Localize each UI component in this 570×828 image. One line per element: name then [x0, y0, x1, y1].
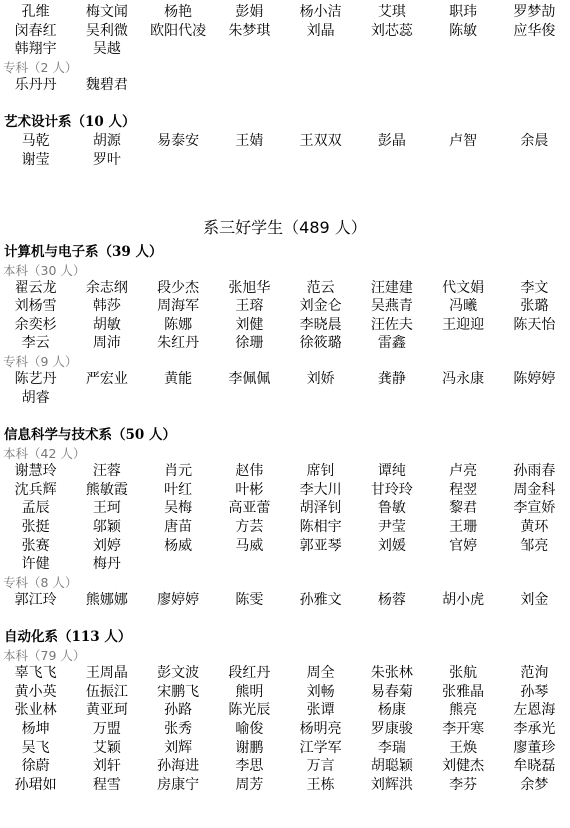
student-name: 熊亮 [428, 701, 499, 720]
student-name: 李开寒 [428, 720, 499, 739]
student-name: 徐筱璐 [285, 334, 356, 353]
student-name: 彭晶 [356, 132, 427, 151]
student-name: 方芸 [214, 518, 285, 537]
name-row: 孔维梅文闻杨艳彭娟杨小洁艾琪职玮罗梦劼 [0, 3, 570, 22]
student-name: 张旭华 [214, 279, 285, 298]
student-name: 陈雯 [214, 591, 285, 610]
student-name: 易春菊 [356, 683, 427, 702]
student-name: 李承光 [499, 720, 570, 739]
student-name: 刘金 [499, 591, 570, 610]
student-name: 李芬 [428, 776, 499, 795]
name-row: 孙珺如程雪房康宁周芳王栋刘辉洪李芬余梦 [0, 776, 570, 795]
name-row: 郭江玲熊娜娜廖婷婷陈雯孙雅文杨蓉胡小虎刘金 [0, 591, 570, 610]
student-name: 李瑞 [356, 739, 427, 758]
student-name: 马威 [214, 537, 285, 556]
student-name: 彭文波 [143, 664, 214, 683]
student-name: 韩莎 [71, 297, 142, 316]
student-name: 李佩佩 [214, 370, 285, 389]
group-label: 专科（9 人） [0, 353, 570, 370]
name-row: 辜飞飞王周晶彭文波段红丹周全朱张林张航范洵 [0, 664, 570, 683]
student-name: 黄环 [499, 518, 570, 537]
student-name: 刘晶 [285, 22, 356, 41]
student-name: 高亚蕾 [214, 499, 285, 518]
name-row: 吴飞艾颖刘辉谢鹏江学军李瑞王焕廖董珍 [0, 739, 570, 758]
student-name: 胡源 [71, 132, 142, 151]
student-name: 应华俊 [499, 22, 570, 41]
student-name: 张业林 [0, 701, 71, 720]
department-heading-art: 艺术设计系（10 人） [0, 112, 570, 132]
student-name: 万言 [285, 757, 356, 776]
student-name: 王瑢 [214, 297, 285, 316]
student-name: 万盟 [71, 720, 142, 739]
student-name: 段少杰 [143, 279, 214, 298]
art-dept-names: 马乾胡源易泰安王婧王双双彭晶卢智余晨谢莹罗叶 [0, 132, 570, 169]
student-name: 陈娜 [143, 316, 214, 335]
continued-section: 孔维梅文闻杨艳彭娟杨小洁艾琪职玮罗梦劼闵春红吴利微欧阳代凌朱梦琪刘晶刘芯蕊陈敏应… [0, 0, 570, 94]
student-name: 张谭 [285, 701, 356, 720]
student-name: 段红丹 [214, 664, 285, 683]
student-name: 孔维 [0, 3, 71, 22]
student-name: 汪建建 [356, 279, 427, 298]
student-name: 梅丹 [71, 555, 142, 574]
student-name: 李晓晨 [285, 316, 356, 335]
student-name: 王周晶 [71, 664, 142, 683]
student-name: 赵伟 [214, 462, 285, 481]
student-name: 范洵 [499, 664, 570, 683]
student-name: 肖元 [143, 462, 214, 481]
student-name: 黄小英 [0, 683, 71, 702]
student-name: 官婷 [428, 537, 499, 556]
student-name: 郭亚琴 [285, 537, 356, 556]
student-name: 易泰安 [143, 132, 214, 151]
name-row: 杨坤万盟张秀喻俊杨明亮罗康骏李开寒李承光 [0, 720, 570, 739]
name-row: 沈兵辉熊敏霞叶红叶彬李大川甘玲玲程翌周金科 [0, 481, 570, 500]
name-row: 许健梅丹 [0, 555, 570, 574]
student-name: 杨艳 [143, 3, 214, 22]
student-name: 陈光辰 [214, 701, 285, 720]
name-row: 张业林黄亚珂孙路陈光辰张谭杨康熊亮左恩海 [0, 701, 570, 720]
name-row: 张赛刘婷杨威马威郭亚琴刘媛官婷邹亮 [0, 537, 570, 556]
student-name: 王婧 [214, 132, 285, 151]
student-name: 孙海进 [143, 757, 214, 776]
student-name: 艾琪 [356, 3, 427, 22]
student-name: 叶彬 [214, 481, 285, 500]
name-row: 乐丹丹魏碧君 [0, 76, 570, 95]
student-name: 卢亮 [428, 462, 499, 481]
student-name: 冯永康 [428, 370, 499, 389]
student-name: 黄亚珂 [71, 701, 142, 720]
student-name: 沈兵辉 [0, 481, 71, 500]
group-label: 本科（42 人） [0, 445, 570, 462]
student-name: 胡睿 [0, 389, 71, 408]
student-name: 廖婷婷 [143, 591, 214, 610]
student-name: 谢鹏 [214, 739, 285, 758]
name-row: 谢慧玲汪蓉肖元赵伟席钊谭纯卢亮孙雨春 [0, 462, 570, 481]
student-name: 陈艺丹 [0, 370, 71, 389]
name-row: 李云周沛朱红丹徐珊徐筱璐雷鑫 [0, 334, 570, 353]
student-name: 牟晓磊 [499, 757, 570, 776]
spacer [0, 170, 570, 214]
student-name: 周金科 [499, 481, 570, 500]
student-name: 陈天怡 [499, 316, 570, 335]
student-name: 王双双 [285, 132, 356, 151]
student-name: 周芳 [214, 776, 285, 795]
student-name: 张秀 [143, 720, 214, 739]
student-name: 周全 [285, 664, 356, 683]
student-name: 闵春红 [0, 22, 71, 41]
name-row: 刘杨雪韩莎周海军王瑢刘金仑吴燕青冯曦张璐 [0, 297, 570, 316]
student-name: 周沛 [71, 334, 142, 353]
student-name: 孙琴 [499, 683, 570, 702]
student-name: 胡泽钊 [285, 499, 356, 518]
student-name: 余梦 [499, 776, 570, 795]
student-name: 艾颖 [71, 739, 142, 758]
student-name: 黄能 [143, 370, 214, 389]
student-name: 乐丹丹 [0, 76, 71, 95]
student-name: 杨康 [356, 701, 427, 720]
student-name: 许健 [0, 555, 71, 574]
name-row: 陈艺丹严宏业黄能李佩佩刘娇龚静冯永康陈婷婷 [0, 370, 570, 389]
honor-roll-document: 孔维梅文闻杨艳彭娟杨小洁艾琪职玮罗梦劼闵春红吴利微欧阳代凌朱梦琪刘晶刘芯蕊陈敏应… [0, 0, 570, 794]
group-label: 专科（8 人） [0, 574, 570, 591]
student-name: 伍振江 [71, 683, 142, 702]
student-name: 江学军 [285, 739, 356, 758]
student-name: 韩翔宇 [0, 40, 71, 59]
student-name: 辜飞飞 [0, 664, 71, 683]
student-name: 胡聪颖 [356, 757, 427, 776]
student-name: 杨威 [143, 537, 214, 556]
name-row: 黄小英伍振江宋鹏飞熊明刘畅易春菊张雅晶孙琴 [0, 683, 570, 702]
departments: 计算机与电子系（39 人）本科（30 人）翟云龙余志纲段少杰张旭华范云汪建建代文… [0, 242, 570, 795]
student-name: 周海军 [143, 297, 214, 316]
student-name: 梅文闻 [71, 3, 142, 22]
student-name: 余晨 [499, 132, 570, 151]
name-row: 张挺邬颖唐苗方芸陈相宇尹莹王珊黄环 [0, 518, 570, 537]
student-name: 熊娜娜 [71, 591, 142, 610]
student-name: 孙珺如 [0, 776, 71, 795]
student-name: 汪佐夫 [356, 316, 427, 335]
student-name: 张挺 [0, 518, 71, 537]
student-name: 程翌 [428, 481, 499, 500]
student-name: 马乾 [0, 132, 71, 151]
name-row: 孟辰王珂吴梅高亚蕾胡泽钊鲁敏黎君李宣娇 [0, 499, 570, 518]
student-name: 王焕 [428, 739, 499, 758]
student-name: 雷鑫 [356, 334, 427, 353]
student-name: 熊明 [214, 683, 285, 702]
student-name: 廖董珍 [499, 739, 570, 758]
student-name: 王栋 [285, 776, 356, 795]
department-heading: 信息科学与技术系（50 人） [0, 425, 570, 445]
student-name: 刘娇 [285, 370, 356, 389]
student-name: 朱红丹 [143, 334, 214, 353]
name-row: 谢莹罗叶 [0, 151, 570, 170]
student-name: 席钊 [285, 462, 356, 481]
student-name: 杨明亮 [285, 720, 356, 739]
student-name: 刘健杰 [428, 757, 499, 776]
student-name: 吴利微 [71, 22, 142, 41]
student-name: 孙雨春 [499, 462, 570, 481]
student-name: 喻俊 [214, 720, 285, 739]
student-name: 翟云龙 [0, 279, 71, 298]
student-name: 胡敏 [71, 316, 142, 335]
student-name: 郭江玲 [0, 591, 71, 610]
student-name: 魏碧君 [71, 76, 142, 95]
student-name: 欧阳代凌 [143, 22, 214, 41]
student-name: 罗叶 [71, 151, 142, 170]
student-name: 甘玲玲 [356, 481, 427, 500]
department-heading: 计算机与电子系（39 人） [0, 242, 570, 262]
name-row: 胡睿 [0, 389, 570, 408]
student-name: 李文 [499, 279, 570, 298]
name-row: 闵春红吴利微欧阳代凌朱梦琪刘晶刘芯蕊陈敏应华俊 [0, 22, 570, 41]
name-row: 余奕杉胡敏陈娜刘健李晓晨汪佐夫王迎迎陈天怡 [0, 316, 570, 335]
student-name: 左恩海 [499, 701, 570, 720]
student-name: 代文娟 [428, 279, 499, 298]
student-name: 刘媛 [356, 537, 427, 556]
student-name: 罗梦劼 [499, 3, 570, 22]
student-name: 职玮 [428, 3, 499, 22]
student-name: 刘健 [214, 316, 285, 335]
student-name: 李宣娇 [499, 499, 570, 518]
spacer [0, 609, 570, 627]
student-name: 陈敏 [428, 22, 499, 41]
student-name: 吴越 [71, 40, 142, 59]
student-name: 孙雅文 [285, 591, 356, 610]
student-name: 房康宁 [143, 776, 214, 795]
name-row: 韩翔宇吴越 [0, 40, 570, 59]
student-name: 王迎迎 [428, 316, 499, 335]
name-row: 马乾胡源易泰安王婧王双双彭晶卢智余晨 [0, 132, 570, 151]
student-name: 尹莹 [356, 518, 427, 537]
student-name: 谢慧玲 [0, 462, 71, 481]
group-label: 本科（79 人） [0, 647, 570, 664]
student-name: 黎君 [428, 499, 499, 518]
student-name: 杨蓉 [356, 591, 427, 610]
student-name: 鲁敏 [356, 499, 427, 518]
student-name: 龚静 [356, 370, 427, 389]
student-name: 孟辰 [0, 499, 71, 518]
student-name: 张璐 [499, 297, 570, 316]
student-name: 严宏业 [71, 370, 142, 389]
student-name: 汪蓉 [71, 462, 142, 481]
student-name: 吴飞 [0, 739, 71, 758]
student-name: 朱张林 [356, 664, 427, 683]
student-name: 李大川 [285, 481, 356, 500]
student-name: 刘婷 [71, 537, 142, 556]
student-name: 余志纲 [71, 279, 142, 298]
student-name: 唐苗 [143, 518, 214, 537]
student-name: 彭娟 [214, 3, 285, 22]
student-name: 卢智 [428, 132, 499, 151]
main-title: 系三好学生（489 人） [0, 214, 570, 242]
student-name: 张航 [428, 664, 499, 683]
student-name: 徐蔚 [0, 757, 71, 776]
student-name: 邹亮 [499, 537, 570, 556]
student-name: 王珂 [71, 499, 142, 518]
spacer [0, 407, 570, 425]
student-name: 吴燕青 [356, 297, 427, 316]
name-row: 徐蔚刘轩孙海进李思万言胡聪颖刘健杰牟晓磊 [0, 757, 570, 776]
student-name: 刘辉 [143, 739, 214, 758]
student-name: 谭纯 [356, 462, 427, 481]
student-name: 刘杨雪 [0, 297, 71, 316]
student-name: 张赛 [0, 537, 71, 556]
group-label-junior: 专科（2 人） [0, 59, 570, 76]
student-name: 刘辉洪 [356, 776, 427, 795]
student-name: 谢莹 [0, 151, 71, 170]
student-name: 罗康骏 [356, 720, 427, 739]
student-name: 陈相宇 [285, 518, 356, 537]
student-name: 杨坤 [0, 720, 71, 739]
student-name: 孙路 [143, 701, 214, 720]
student-name: 张雅晶 [428, 683, 499, 702]
name-row: 翟云龙余志纲段少杰张旭华范云汪建建代文娟李文 [0, 279, 570, 298]
student-name: 吴梅 [143, 499, 214, 518]
student-name: 冯曦 [428, 297, 499, 316]
student-name: 陈婷婷 [499, 370, 570, 389]
department-heading: 自动化系（113 人） [0, 627, 570, 647]
student-name: 宋鹏飞 [143, 683, 214, 702]
student-name: 胡小虎 [428, 591, 499, 610]
student-name: 刘芯蕊 [356, 22, 427, 41]
student-name: 刘畅 [285, 683, 356, 702]
student-name: 刘轩 [71, 757, 142, 776]
student-name: 杨小洁 [285, 3, 356, 22]
student-name: 熊敏霞 [71, 481, 142, 500]
student-name: 李思 [214, 757, 285, 776]
student-name: 程雪 [71, 776, 142, 795]
student-name: 刘金仑 [285, 297, 356, 316]
student-name: 朱梦琪 [214, 22, 285, 41]
student-name: 范云 [285, 279, 356, 298]
student-name: 李云 [0, 334, 71, 353]
student-name: 徐珊 [214, 334, 285, 353]
student-name: 叶红 [143, 481, 214, 500]
group-label: 本科（30 人） [0, 262, 570, 279]
student-name: 余奕杉 [0, 316, 71, 335]
student-name: 邬颖 [71, 518, 142, 537]
spacer [0, 94, 570, 112]
student-name: 王珊 [428, 518, 499, 537]
